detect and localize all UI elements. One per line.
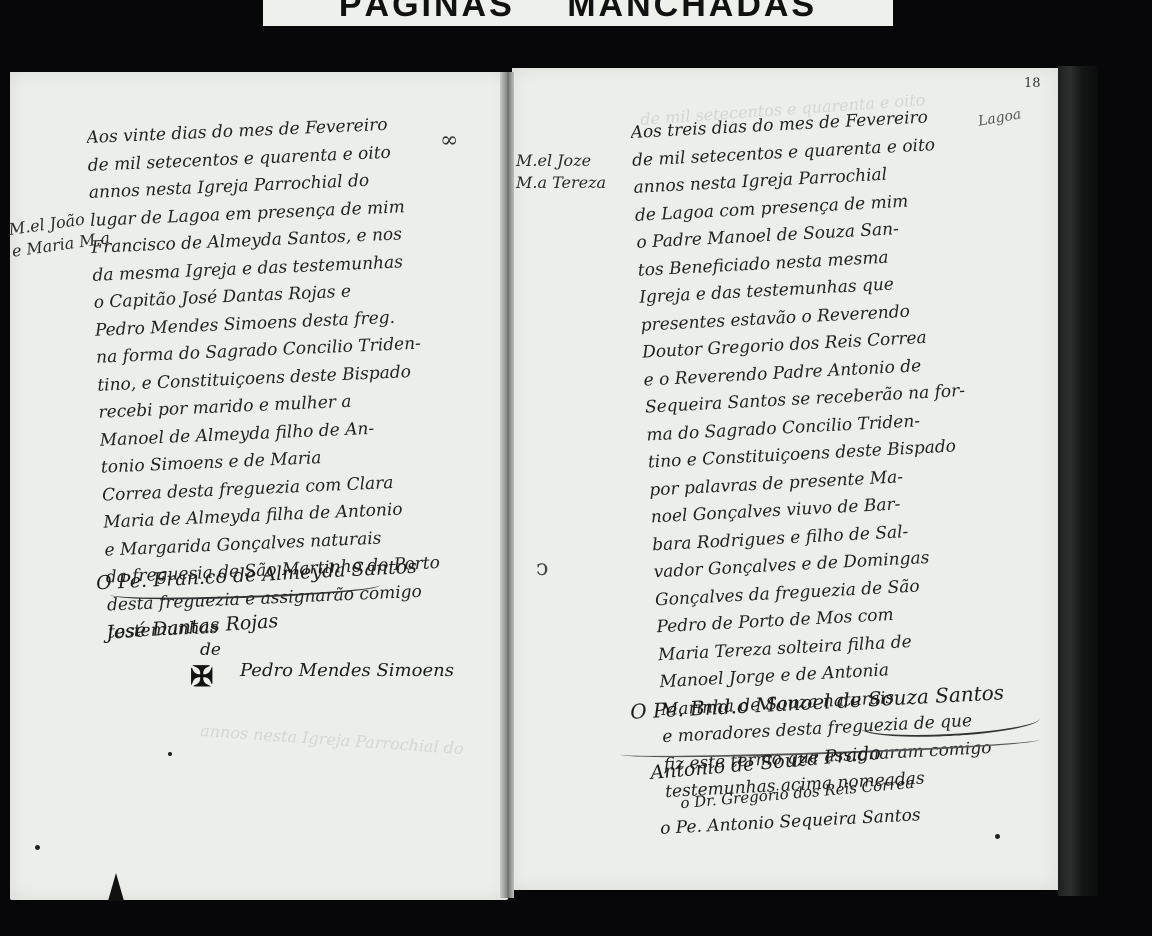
banner-label: PÁGINAS MANCHADAS	[263, 0, 893, 25]
ink-blemish	[168, 752, 172, 756]
ink-blemish	[35, 845, 40, 850]
right-margin-note: M.el Joze M.a Tereza	[516, 150, 606, 194]
stained-pages-banner: PÁGINAS MANCHADAS	[263, 0, 893, 26]
cross-mark-icon: ✠	[190, 660, 213, 693]
margin-note-line: M.a Tereza	[516, 172, 606, 194]
witness-name: Pedro Mendes Simoens	[240, 660, 454, 681]
stray-mark: ↄ	[536, 556, 548, 581]
book-spine-edge	[1058, 66, 1098, 896]
book-gutter	[500, 72, 514, 898]
folio-number: 18	[1024, 76, 1041, 91]
witness-mark-signature: Pedro Mendes Simoens	[140, 660, 454, 681]
stray-flourish: ∞	[440, 128, 458, 153]
margin-note-line: M.el Joze	[516, 150, 606, 172]
ink-blemish	[995, 834, 1000, 839]
page-clip-shadow	[108, 873, 124, 901]
signature-connector: de	[200, 640, 221, 660]
